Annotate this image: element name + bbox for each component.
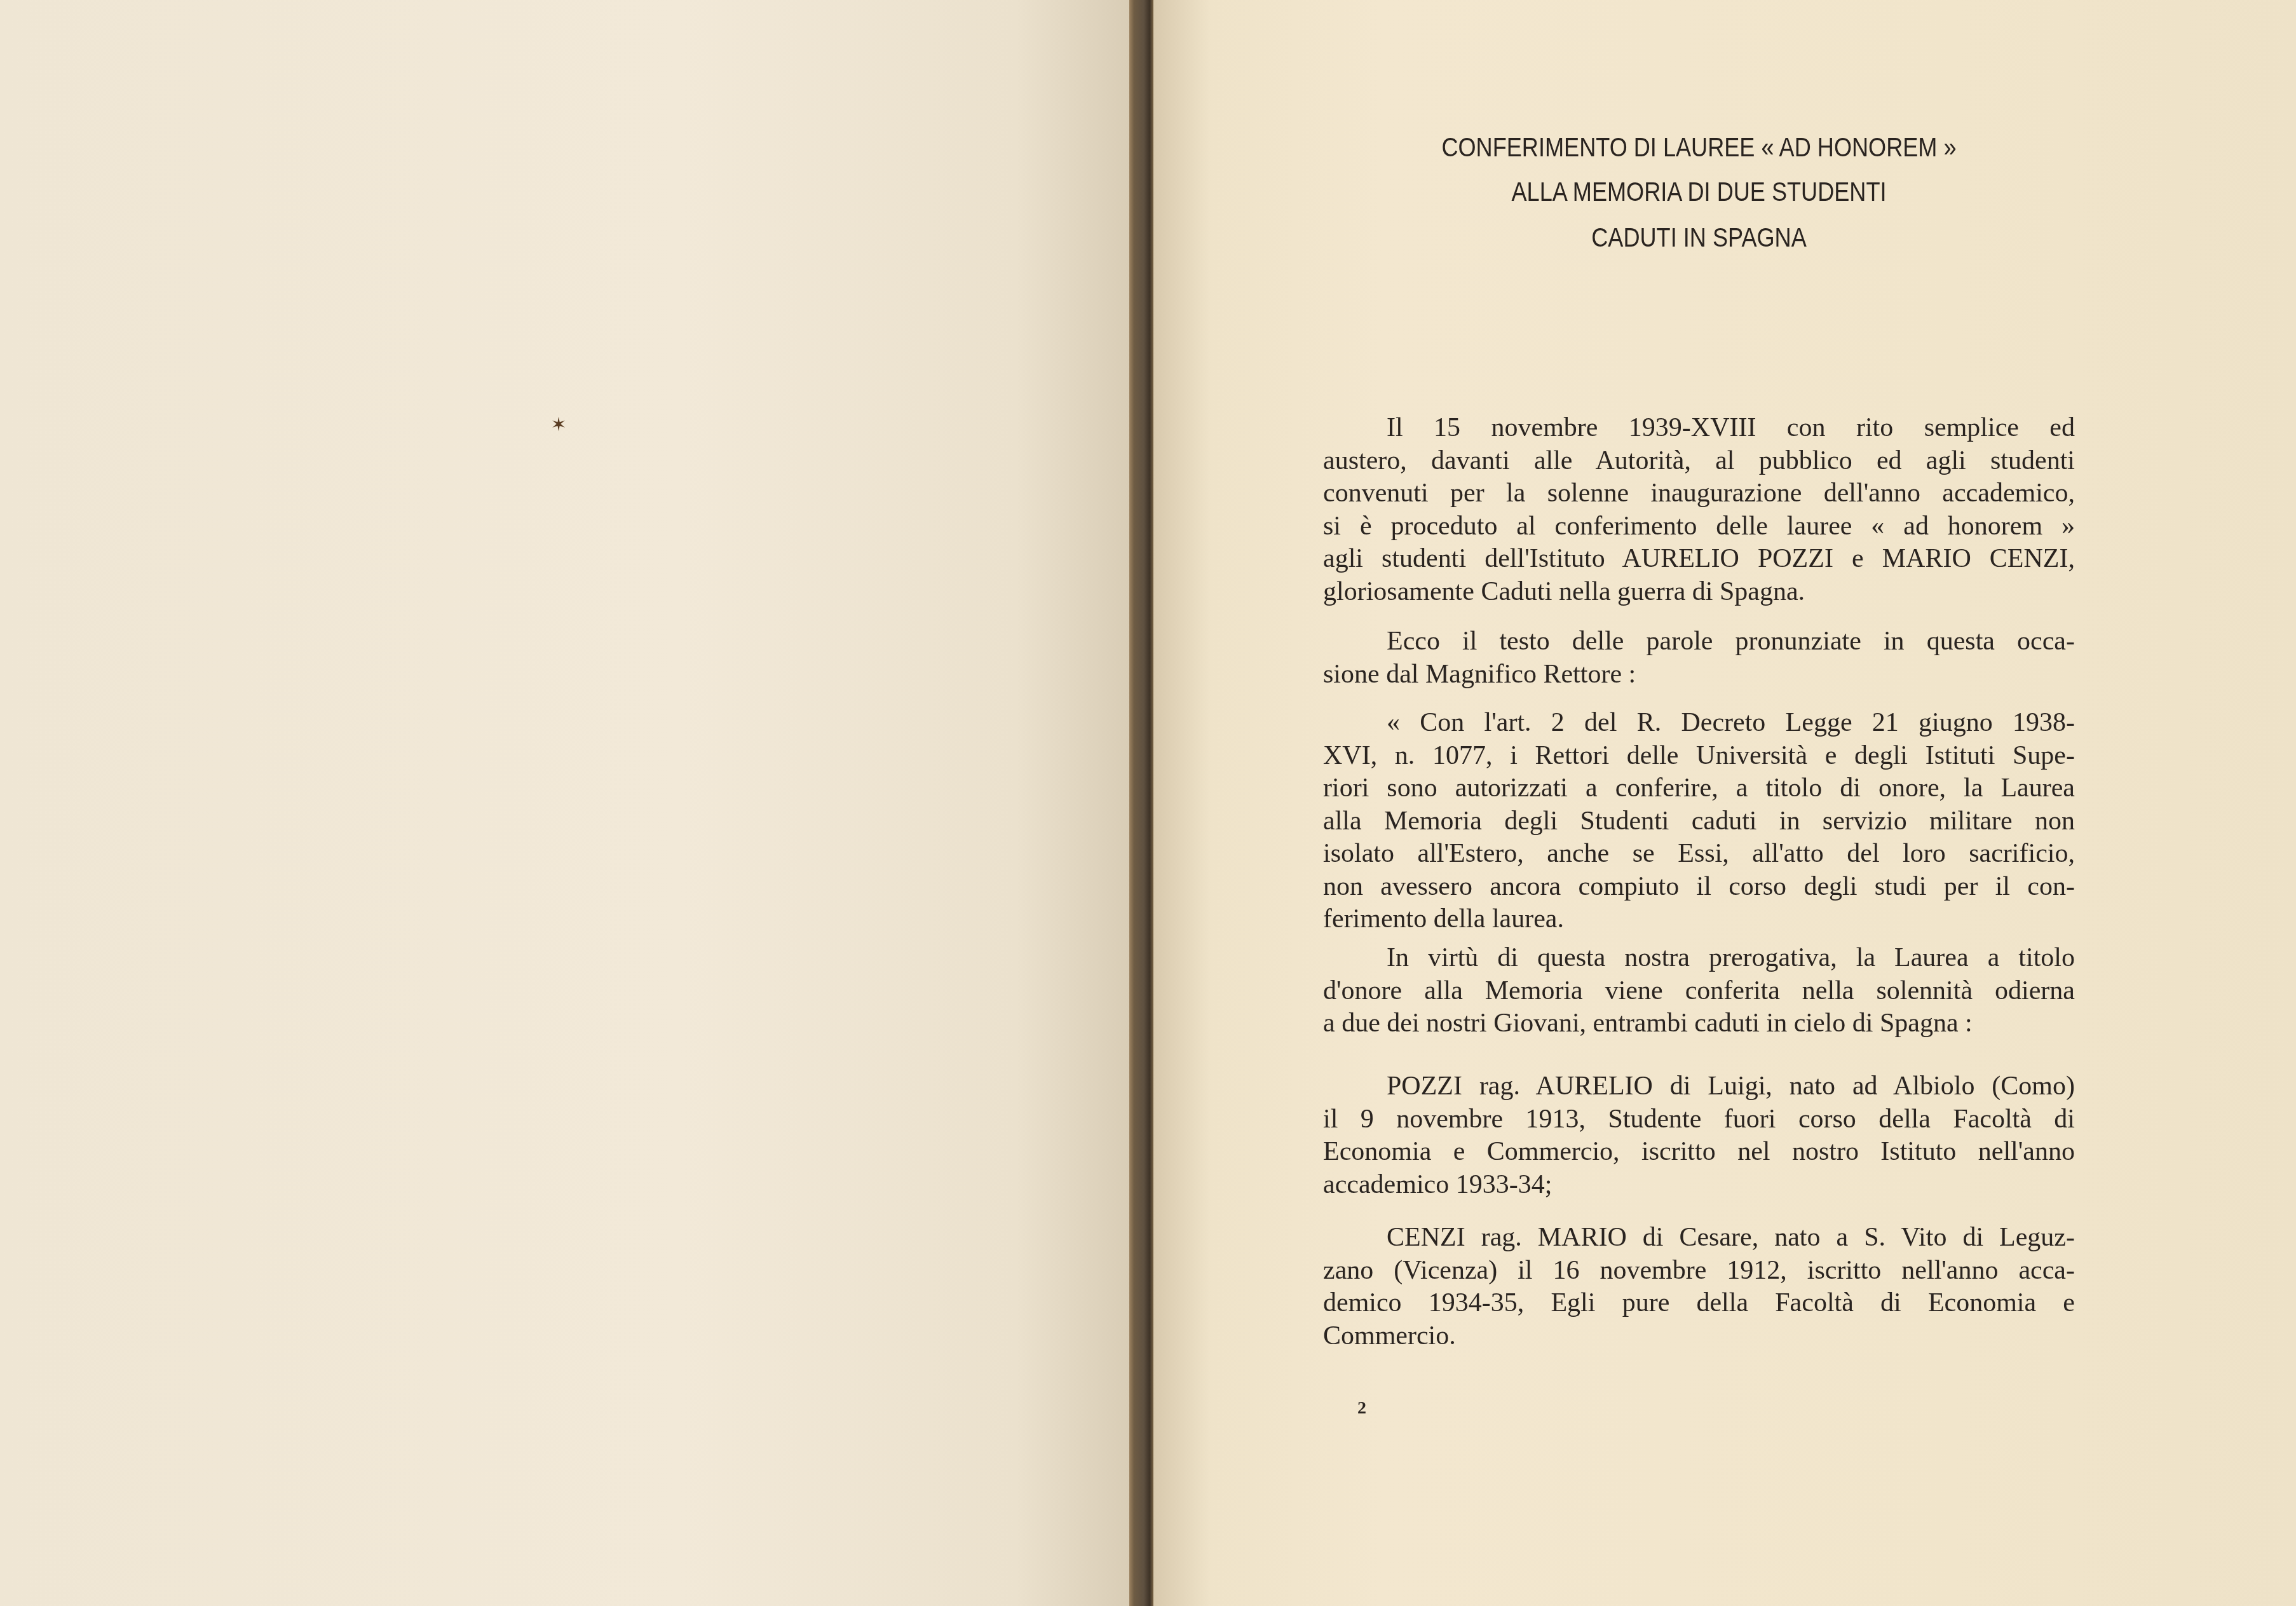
- text-line: riori sono autorizzati a conferire, a ti…: [1323, 772, 2075, 805]
- paragraph-prerogative: In virtù di questa nostra prerogativa, l…: [1323, 942, 2075, 1040]
- ink-stain-mark: ✶: [550, 416, 567, 434]
- text-line: agli studenti dell'Istituto AURELIO POZZ…: [1323, 543, 2075, 576]
- text-line: POZZI rag. AURELIO di Luigi, nato ad Alb…: [1323, 1070, 2075, 1103]
- book-spine: [1129, 0, 1153, 1606]
- left-page: ✶: [0, 0, 1129, 1606]
- paragraph-decree: « Con l'art. 2 del R. Decreto Legge 21 g…: [1323, 707, 2075, 936]
- text-line: accademico 1933-34;: [1323, 1169, 2075, 1202]
- paragraph-ceremony: Il 15 novembre 1939-XVIII con rito sempl…: [1323, 412, 2075, 608]
- section-title-line-3: CADUTI IN SPAGNA: [1376, 222, 2022, 253]
- text-line: isolato all'Estero, anche se Essi, all'a…: [1323, 838, 2075, 871]
- text-line: Il 15 novembre 1939-XVIII con rito sempl…: [1323, 412, 2075, 445]
- text-line: alla Memoria degli Studenti caduti in se…: [1323, 805, 2075, 838]
- text-line: zano (Vicenza) il 16 novembre 1912, iscr…: [1323, 1255, 2075, 1288]
- paragraph-cenzi: CENZI rag. MARIO di Cesare, nato a S. Vi…: [1323, 1222, 2075, 1352]
- page-number: 2: [1357, 1398, 1366, 1419]
- text-line: a due dei nostri Giovani, entrambi cadut…: [1323, 1007, 2075, 1040]
- text-line: « Con l'art. 2 del R. Decreto Legge 21 g…: [1323, 707, 2075, 740]
- text-line: il 9 novembre 1913, Studente fuori corso…: [1323, 1103, 2075, 1136]
- text-line: si è proceduto al conferimento delle lau…: [1323, 510, 2075, 543]
- text-line: Economia e Commercio, iscritto nel nostr…: [1323, 1136, 2075, 1169]
- text-line: ferimento della laurea.: [1323, 903, 2075, 936]
- text-line: convenuti per la solenne inaugurazione d…: [1323, 477, 2075, 510]
- text-line: d'onore alla Memoria viene conferita nel…: [1323, 975, 2075, 1008]
- section-title-line-1: CONFERIMENTO DI LAUREE « AD HONOREM »: [1376, 132, 2022, 163]
- text-line: XVI, n. 1077, i Rettori delle Università…: [1323, 740, 2075, 773]
- paragraph-intro-speech: Ecco il testo delle parole pronunziate i…: [1323, 625, 2075, 691]
- text-line: CENZI rag. MARIO di Cesare, nato a S. Vi…: [1323, 1222, 2075, 1255]
- text-line: sione dal Magnifico Rettore :: [1323, 658, 2075, 691]
- paragraph-pozzi: POZZI rag. AURELIO di Luigi, nato ad Alb…: [1323, 1070, 2075, 1201]
- text-line: Commercio.: [1323, 1320, 2075, 1353]
- show-through-text: [458, 559, 465, 592]
- text-line: Ecco il testo delle parole pronunziate i…: [1323, 625, 2075, 658]
- text-line: In virtù di questa nostra prerogativa, l…: [1323, 942, 2075, 975]
- section-title-line-2: ALLA MEMORIA DI DUE STUDENTI: [1376, 177, 2022, 207]
- text-line: non avessero ancora compiuto il corso de…: [1323, 871, 2075, 904]
- text-line: demico 1934-35, Egli pure della Facoltà …: [1323, 1287, 2075, 1320]
- text-line: austero, davanti alle Autorità, al pubbl…: [1323, 445, 2075, 478]
- text-line: gloriosamente Caduti nella guerra di Spa…: [1323, 576, 2075, 609]
